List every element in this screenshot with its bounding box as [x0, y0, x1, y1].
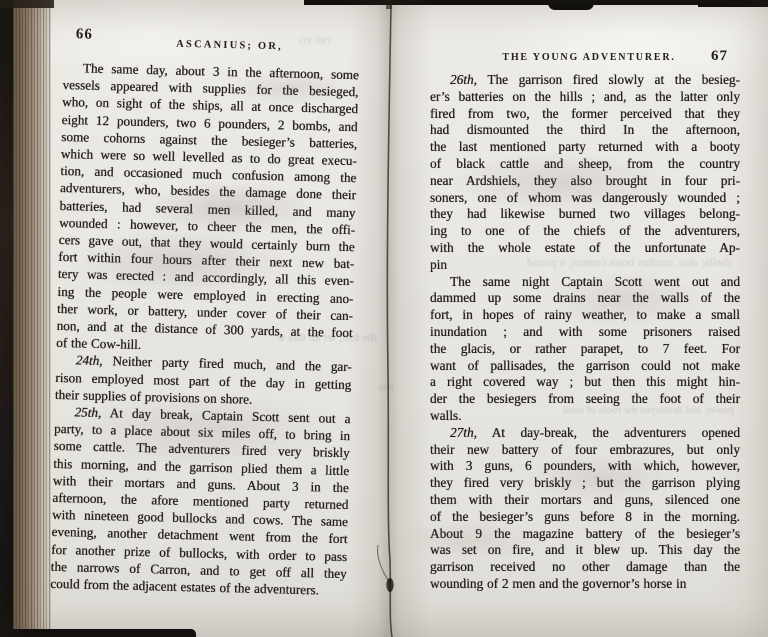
left-page-text: The same day, about 3 in the afternoon, … — [50, 59, 359, 599]
scan-top-right-shadow — [698, 0, 768, 7]
text-line: walls. — [430, 408, 740, 425]
text-line: 26th, The garrison fired slowly at the b… — [430, 72, 740, 89]
text-line: ing to one of the chiefs of the adventur… — [430, 223, 740, 240]
text-line: garrison received no other damage than t… — [430, 559, 740, 576]
page-fore-edge-texture — [13, 0, 51, 637]
page-gutter-shadow — [348, 0, 432, 637]
right-running-header: THE YOUNG ADVENTURER. — [502, 52, 675, 63]
text-line: wounding of 2 men and the governor’s hor… — [430, 576, 740, 593]
scan-top-left-shadow — [0, 0, 54, 8]
text-line: want of pallisades, the garrison could n… — [430, 358, 740, 375]
book-scan: 66 ASCANIUS; OR, The same day, about 3 i… — [0, 0, 768, 637]
text-line: pin — [430, 257, 740, 274]
text-line: inundation ; and with some prisoners rai… — [430, 324, 740, 341]
text-line: had dismounted the third In the afternoo… — [430, 122, 740, 139]
scan-bottom-left-shadow — [0, 629, 196, 637]
text-line: a right covered way ; but then this migh… — [430, 374, 740, 391]
text-line: them with their mortars and guns, silenc… — [430, 492, 740, 509]
left-page-header: 66 ASCANIUS; OR, — [63, 26, 360, 63]
text-line: near Ardshiels, they also brought in fou… — [430, 173, 740, 190]
book-binding-edge — [0, 0, 13, 637]
text-line: their new battery of four embrazures, bu… — [430, 442, 740, 459]
text-line: fort, in hopes of rainy weather, to make… — [430, 307, 740, 324]
text-line: they fired very briskly ; but the garris… — [430, 475, 740, 492]
right-page-number: 67 — [711, 48, 728, 65]
right-page-text: 26th, The garrison fired slowly at the b… — [430, 72, 740, 593]
text-line: with the whole estate of the unfortunate… — [430, 240, 740, 257]
text-line: er’s batteries on the hills ; and, as th… — [430, 89, 740, 106]
text-line: fired from two, the former perceived tha… — [430, 106, 740, 123]
text-line: of the besieger’s guns before 8 in the m… — [430, 509, 740, 526]
right-page: THE YOUNG ADVENTURER. 67 26th, The garri… — [430, 46, 740, 593]
text-line: the last mentioned party returned with a… — [430, 139, 740, 156]
text-line: they had likewise burned two villages be… — [430, 206, 740, 223]
text-line: the glacis, or rather parapet, to 7 feet… — [430, 341, 740, 358]
text-line: soners, one of whom was dangerously woun… — [430, 190, 740, 207]
text-line: with 3 guns, 6 pounders, with which, how… — [430, 458, 740, 475]
text-line: The same night Captain Scott went out an… — [430, 274, 740, 291]
left-running-header: ASCANIUS; OR, — [176, 39, 283, 53]
text-line: dammed up some drains near the walls of … — [430, 290, 740, 307]
text-line: of black cattle and sheep, from the coun… — [430, 156, 740, 173]
text-line: der the besiegers from seeing the foot o… — [430, 391, 740, 408]
left-page-number: 66 — [76, 26, 93, 43]
left-page: 66 ASCANIUS; OR, The same day, about 3 i… — [50, 26, 360, 599]
scan-top-edge-notch — [548, 0, 594, 10]
text-line: About 9 the magazine battery of the besi… — [430, 526, 740, 543]
text-line: 27th, At day-break, the adventurers open… — [430, 425, 740, 442]
text-line: was set on fire, and it blew up. This da… — [430, 542, 740, 559]
